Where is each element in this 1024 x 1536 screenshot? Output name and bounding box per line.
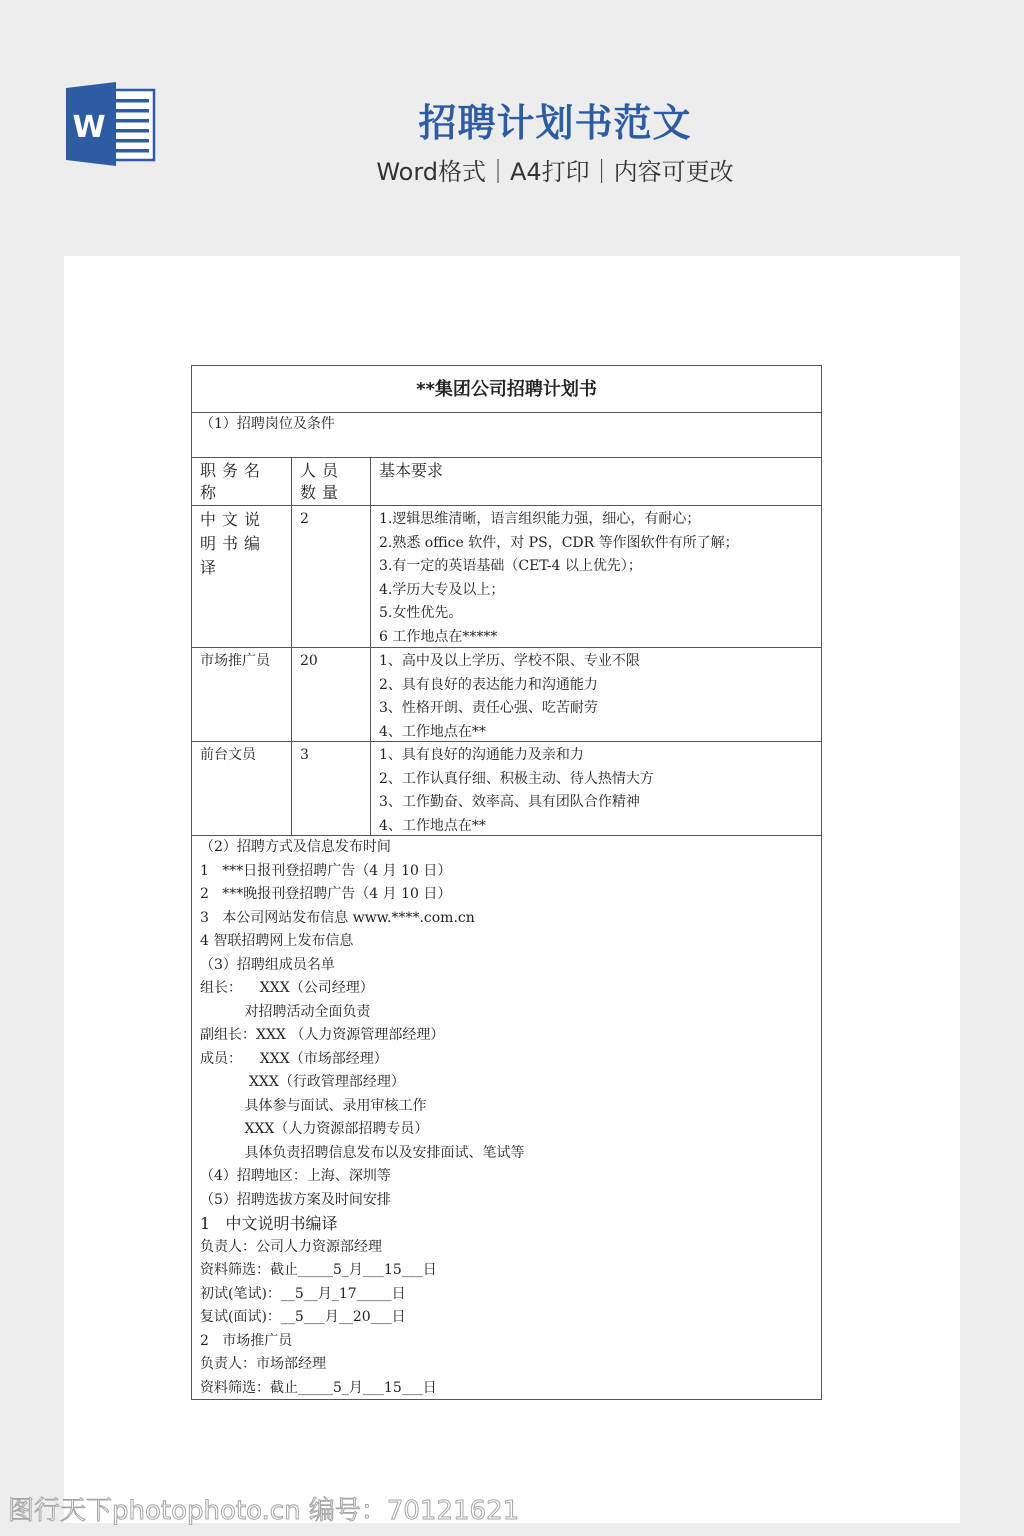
body-line: （5）招聘选拔方案及时间安排 [200, 1189, 821, 1213]
body-line: （3）招聘组成员名单 [200, 954, 821, 978]
position-count: 3 [292, 742, 371, 835]
body-line: 4 智联招聘网上发布信息 [200, 930, 821, 954]
body-line: 成员： XXX（市场部经理） [200, 1048, 821, 1072]
body-line: 副组长：XXX （人力资源管理部经理） [200, 1024, 821, 1048]
requirement-item: 4、工作地点在** [379, 815, 813, 839]
table-row: 前台文员 3 1、具有良好的沟通能力及亲和力 2、工作认真仔细、积极主动、待人热… [192, 742, 821, 836]
body-line: 具体参与面试、录用审核工作 [200, 1095, 821, 1119]
requirement-item: 3、性格开朗、责任心强、吃苦耐劳 [379, 697, 813, 721]
requirement-item: 2.熟悉 office 软件，对 PS，CDR 等作图软件有所了解； [379, 532, 813, 556]
requirements-list: 1、高中及以上学历、学校不限、专业不限 2、具有良好的表达能力和沟通能力 3、性… [371, 648, 821, 741]
requirements-list: 1.逻辑思维清晰，语言组织能力强，细心，有耐心； 2.熟悉 office 软件，… [371, 506, 821, 647]
body-line: 对招聘活动全面负责 [200, 1001, 821, 1025]
body-line: 初试(笔试)：__5__月_17_____日 [200, 1283, 821, 1307]
body-line: 资料筛选：截止_____5_月___15___日 [200, 1259, 821, 1283]
body-line: XXX（行政管理部经理） [200, 1071, 821, 1095]
body-line: 1 ***日报刊登招聘广告（4 月 10 日） [200, 860, 821, 884]
requirements-list: 1、具有良好的沟通能力及亲和力 2、工作认真仔细、积极主动、待人热情大方 3、工… [371, 742, 821, 835]
body-line: XXX（人力资源部招聘专员） [200, 1118, 821, 1142]
body-line: 负责人：市场部经理 [200, 1353, 821, 1377]
body-line: 2 市场推广员 [200, 1330, 821, 1354]
requirement-item: 2、工作认真仔细、积极主动、待人热情大方 [379, 768, 813, 792]
requirement-item: 5.女性优先。 [379, 602, 813, 626]
body-line: 资料筛选：截止_____5_月___15___日 [200, 1377, 821, 1401]
body-line: 复试(面试)：__5___月__20___日 [200, 1306, 821, 1330]
word-icon: W [64, 82, 156, 166]
recruitment-plan-table: **集团公司招聘计划书 （1）招聘岗位及条件 职务名称 人员数量 基本要求 中文… [191, 365, 822, 1400]
body-line: 3 本公司网站发布信息 www.****.com.cn [200, 907, 821, 931]
header-requirements: 基本要求 [371, 458, 821, 505]
body-line: 负责人：公司人力资源部经理 [200, 1236, 821, 1260]
requirement-item: 6 工作地点在***** [379, 626, 813, 650]
body-line: （4）招聘地区：上海、深圳等 [200, 1165, 821, 1189]
header-position: 职务名称 [192, 458, 292, 505]
svg-text:W: W [72, 110, 105, 145]
requirement-item: 1、高中及以上学历、学校不限、专业不限 [379, 650, 813, 674]
body-line: （2）招聘方式及信息发布时间 [200, 836, 821, 860]
page-title: 招聘计划书范文 [330, 92, 780, 147]
requirement-item: 3.有一定的英语基础（CET-4 以上优先）； [379, 555, 813, 579]
position-count: 2 [292, 506, 371, 647]
watermark: 图行天下photophoto.cn 编号：70121621 [8, 1490, 519, 1527]
table-row: 中文说明书编译 2 1.逻辑思维清晰，语言组织能力强，细心，有耐心； 2.熟悉 … [192, 506, 821, 648]
document-body: （2）招聘方式及信息发布时间 1 ***日报刊登招聘广告（4 月 10 日） 2… [192, 836, 821, 1400]
header-count: 人员数量 [292, 458, 371, 505]
document-title: **集团公司招聘计划书 [192, 366, 821, 413]
body-line: 具体负责招聘信息发布以及安排面试、笔试等 [200, 1142, 821, 1166]
body-line: 1 中文说明书编译 [200, 1212, 821, 1236]
position-name: 中文说明书编译 [192, 506, 292, 647]
body-line: 2 ***晚报刊登招聘广告（4 月 10 日） [200, 883, 821, 907]
requirement-item: 3、工作勤奋、效率高、具有团队合作精神 [379, 791, 813, 815]
table-row: 市场推广员 20 1、高中及以上学历、学校不限、专业不限 2、具有良好的表达能力… [192, 648, 821, 742]
table-header-row: 职务名称 人员数量 基本要求 [192, 458, 821, 506]
position-count: 20 [292, 648, 371, 741]
position-name: 市场推广员 [192, 648, 292, 741]
body-line: 组长： XXX（公司经理） [200, 977, 821, 1001]
requirement-item: 4.学历大专及以上； [379, 579, 813, 603]
requirement-item: 4、工作地点在** [379, 721, 813, 745]
requirement-item: 1、具有良好的沟通能力及亲和力 [379, 744, 813, 768]
requirement-item: 2、具有良好的表达能力和沟通能力 [379, 674, 813, 698]
page-subtitle: Word格式｜A4打印｜内容可更改 [330, 152, 780, 187]
position-name: 前台文员 [192, 742, 292, 835]
section-heading: （1）招聘岗位及条件 [192, 413, 821, 458]
requirement-item: 1.逻辑思维清晰，语言组织能力强，细心，有耐心； [379, 508, 813, 532]
